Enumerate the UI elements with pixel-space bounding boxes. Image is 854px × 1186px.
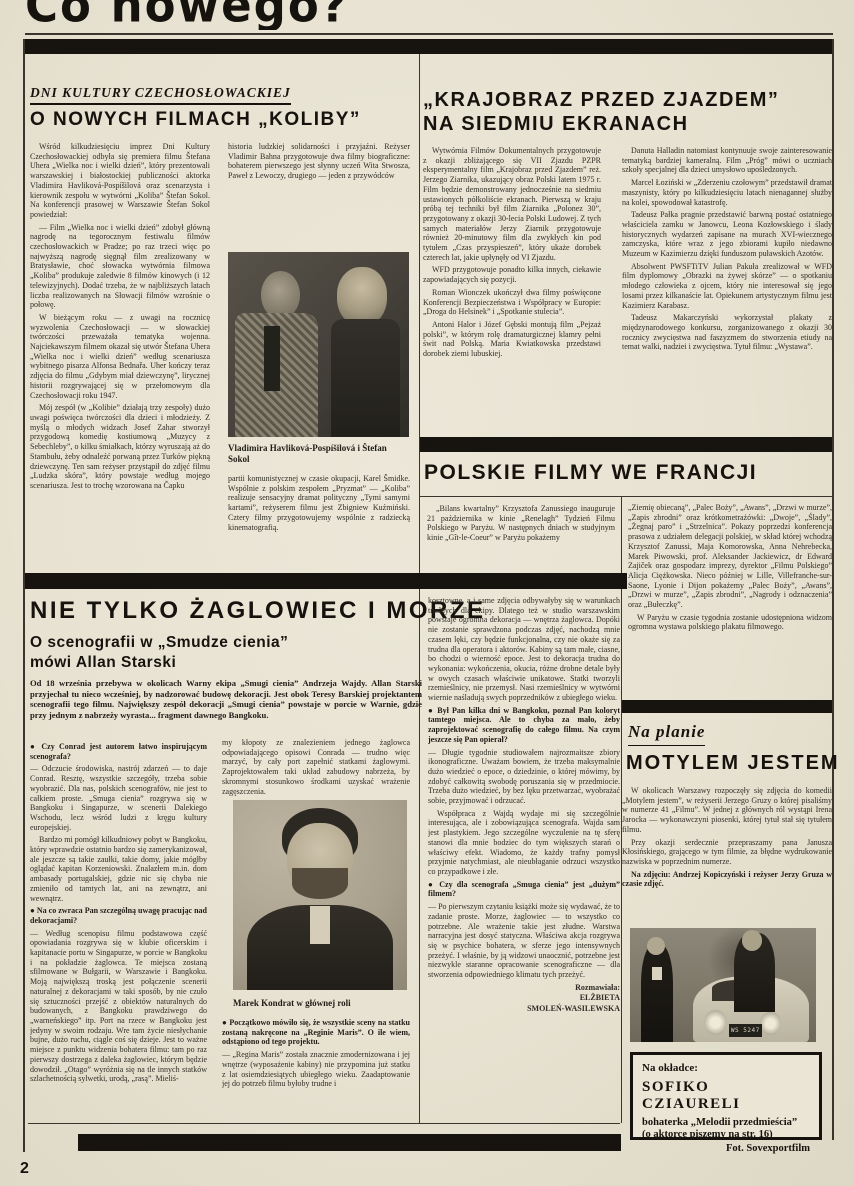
interview-title: NIE TYLKO ŻAGLOWIEC I MORZE bbox=[30, 597, 485, 625]
paragraph: Roman Wionczek ukończył dwa filmy poświę… bbox=[423, 288, 601, 317]
interview-col2-bottom: ● Początkowo mówiło się, że wszystkie sc… bbox=[222, 1018, 410, 1118]
france-section-bar bbox=[420, 437, 832, 452]
signature-surname: SMOLEŃ-WASILEWSKA bbox=[428, 1004, 620, 1014]
question: ● Był Pan kilka dni w Bangkoku, poznał P… bbox=[428, 706, 620, 745]
krajobraz-title-line1: „KRAJOBRAZ PRZED ZJAZDEM” bbox=[423, 88, 779, 112]
koliba-photo-caption: Vladimira Havliková-Pospíšilová i Štefan… bbox=[228, 443, 409, 468]
cover-box-line2: (o aktorce piszemy na str. 16) bbox=[642, 1129, 810, 1140]
paragraph: — „Regina Maris” została znacznie zmoder… bbox=[222, 1050, 410, 1089]
left-article-kicker-wrap: DNI KULTURY CZECHOSŁOWACKIEJ bbox=[30, 84, 291, 105]
cover-box-name: SOFIKO CZIAURELI bbox=[642, 1079, 810, 1113]
france-col2: „Ziemię obiecaną”, „Palec Boży”, „Awans”… bbox=[628, 503, 832, 689]
paragraph: Marcel Łoziński w „Zderzeniu czołowym” p… bbox=[622, 178, 832, 207]
paragraph: Wytwórnia Filmów Dokumentalnych przygoto… bbox=[423, 146, 601, 262]
paragraph: Wśród kilkudziesięciu imprez Dni Kultury… bbox=[30, 142, 210, 220]
paragraph: historia ludzkiej solidarności i przyjaź… bbox=[228, 142, 410, 181]
cover-box-credit: Fot. Sovexportfilm bbox=[642, 1143, 810, 1154]
masthead-rule bbox=[25, 33, 833, 35]
photo-figure-bowtie-shirt bbox=[652, 967, 661, 981]
bottom-bar bbox=[78, 1134, 621, 1151]
photo-figure-gruza-face bbox=[742, 930, 762, 951]
kondrat-photo-caption: Marek Kondrat w głównej roli bbox=[233, 998, 409, 1011]
interview-col1: ● Czy Conrad jest autorem łatwo inspiruj… bbox=[30, 742, 207, 1124]
photo-woman-hair bbox=[337, 267, 388, 326]
motylem-text: W okolicach Warszawy rozpoczęły się zdję… bbox=[622, 786, 832, 924]
top-bar bbox=[25, 39, 833, 54]
paragraph: „Bilans kwartalny” Krzysztofa Zanussiego… bbox=[427, 504, 615, 543]
kondrat-photo bbox=[233, 800, 407, 990]
photo-kondrat-collar bbox=[310, 906, 331, 944]
paragraph: — Według scenopisu filmu podstawowa częś… bbox=[30, 929, 207, 1084]
paragraph: partii komunistycznej w czasie okupacji,… bbox=[228, 474, 410, 532]
france-section-title: POLSKIE FILMY WE FRANCJI bbox=[424, 461, 757, 485]
paragraph: Współpraca z Wajdą wydaje mi się szczegó… bbox=[428, 809, 620, 877]
paragraph: „Ziemię obiecaną”, „Palec Boży”, „Awans”… bbox=[628, 503, 832, 610]
paragraph: Mój zespół (w „Kolibie” działają trzy ze… bbox=[30, 403, 210, 490]
left-article-title: O NOWYCH FILMACH „KOLIBY” bbox=[30, 109, 361, 131]
na-planie-bar bbox=[622, 700, 832, 713]
paragraph: W Paryżu w czasie tygodnia zostanie udos… bbox=[628, 613, 832, 632]
motylem-set-photo: WS 5247 bbox=[630, 928, 816, 1042]
cover-box-label: Na okładce: bbox=[642, 1062, 810, 1074]
photo-car-headlight-right bbox=[760, 1012, 780, 1035]
paragraph: W bieżącym roku — z uwagi na rocznicę wy… bbox=[30, 313, 210, 400]
paragraph: Na zdjęciu: Andrzej Kopiczyński i reżyse… bbox=[622, 870, 832, 889]
interview-subtitle-line1: O scenografii w „Smudze cienia” bbox=[30, 633, 288, 653]
signature-name: ELŻBIETA bbox=[428, 993, 620, 1003]
question: ● Czy dla scenografa „Smuga cienia” jest… bbox=[428, 880, 620, 899]
paragraph: Bardzo mi pomógł kilkudniowy pobyt w Ban… bbox=[30, 835, 207, 903]
photo-car-headlight-left bbox=[704, 1010, 726, 1035]
krajobraz-col1: Wytwórnia Filmów Dokumentalnych przygoto… bbox=[423, 146, 601, 418]
signature-role: Rozmawiała: bbox=[428, 983, 620, 993]
paragraph: Tadeusz Makarczyński wykorzystał plakaty… bbox=[622, 313, 832, 352]
paragraph: Przy okazji serdecznie przepraszamy pana… bbox=[622, 838, 832, 867]
question: ● Czy Conrad jest autorem łatwo inspiruj… bbox=[30, 742, 207, 761]
interview-top-bar bbox=[25, 573, 627, 589]
motylem-title: MOTYLEM JESTEM bbox=[626, 752, 840, 775]
cover-box-line1: bohaterka „Melodii przedmieścia” bbox=[642, 1117, 810, 1128]
koliba-press-photo bbox=[228, 252, 409, 437]
magazine-page: Co nowego? DNI KULTURY CZECHOSŁOWACKIEJ … bbox=[0, 0, 854, 1186]
paragraph: my kłopoty ze znalezieniem jednego żaglo… bbox=[222, 738, 410, 796]
paragraph: W okolicach Warszawy rozpoczęły się zdję… bbox=[622, 786, 832, 835]
left-article-kicker: DNI KULTURY CZECHOSŁOWACKIEJ bbox=[30, 85, 291, 105]
paragraph: WFD przygotowuje ponadto kilka innych, c… bbox=[423, 265, 601, 284]
interview-col3: kosztowne, a i same zdjęcia odbywałyby s… bbox=[428, 596, 620, 1124]
photo-man-face bbox=[261, 271, 301, 319]
paragraph: — Odczucie środowiska, nastrój zdarzeń —… bbox=[30, 764, 207, 832]
paragraph: kosztowne, a i same zdjęcia odbywałyby s… bbox=[428, 596, 620, 703]
paragraph: Danuta Halladin natomiast kontynuuje swo… bbox=[622, 146, 832, 175]
question: ● Początkowo mówiło się, że wszystkie sc… bbox=[222, 1018, 410, 1047]
interview-subtitle-line2: mówi Allan Starski bbox=[30, 653, 176, 673]
right-frame-rule bbox=[832, 39, 834, 1140]
france-section-rule bbox=[420, 496, 832, 497]
paragraph: Antoni Halor i Józef Gębski montują film… bbox=[423, 320, 601, 359]
photo-woman-dark-top bbox=[331, 319, 400, 437]
photo-man-tie bbox=[264, 326, 280, 391]
krajobraz-col2: Danuta Halladin natomiast kontynuuje swo… bbox=[622, 146, 832, 418]
france-col1: „Bilans kwartalny” Krzysztofa Zanussiego… bbox=[427, 504, 615, 564]
question: ● Na co zwraca Pan szczególną uwagę prac… bbox=[30, 906, 207, 925]
left-article-col2-bottom: partii komunistycznej w czasie okupacji,… bbox=[228, 474, 410, 560]
bottom-thin-rule bbox=[28, 1123, 620, 1124]
paragraph: — Po pierwszym czytaniu książki może się… bbox=[428, 902, 620, 980]
left-article-col2-top: historia ludzkiej solidarności i przyjaź… bbox=[228, 142, 410, 250]
page-number: 2 bbox=[20, 1160, 29, 1178]
masthead-title: Co nowego? bbox=[25, 0, 349, 30]
left-article-col1: Wśród kilkudziesięciu imprez Dni Kultury… bbox=[30, 142, 210, 566]
interview-col2-top: my kłopoty ze znalezieniem jednego żaglo… bbox=[222, 738, 410, 796]
photo-figure-kopiczynski bbox=[641, 944, 673, 1042]
krajobraz-title-line2: NA SIEDMIU EKRANACH bbox=[423, 112, 689, 136]
cover-box: Na okładce: SOFIKO CZIAURELI bohaterka „… bbox=[630, 1052, 822, 1140]
na-planie-kicker-wrap: Na planie bbox=[628, 722, 705, 746]
interview-lead: Od 18 września przebywa w okolicach Warn… bbox=[30, 678, 422, 738]
left-frame-rule bbox=[23, 39, 25, 1152]
photo-car-plate: WS 5247 bbox=[729, 1024, 762, 1038]
paragraph: Absolwent PWSFTiTV Julian Pakuła zrealiz… bbox=[622, 262, 832, 311]
photo-kondrat-beard bbox=[292, 868, 348, 898]
masthead-crop: Co nowego? bbox=[25, 0, 455, 30]
paragraph: — Film „Wielka noc i wielki dzień” zdoby… bbox=[30, 223, 210, 310]
na-planie-kicker: Na planie bbox=[628, 722, 705, 746]
paragraph: — Długie tygodnie studiowałem najrozmait… bbox=[428, 748, 620, 806]
paragraph: Tadeusz Pałka pragnie przedstawić barwną… bbox=[622, 210, 832, 259]
